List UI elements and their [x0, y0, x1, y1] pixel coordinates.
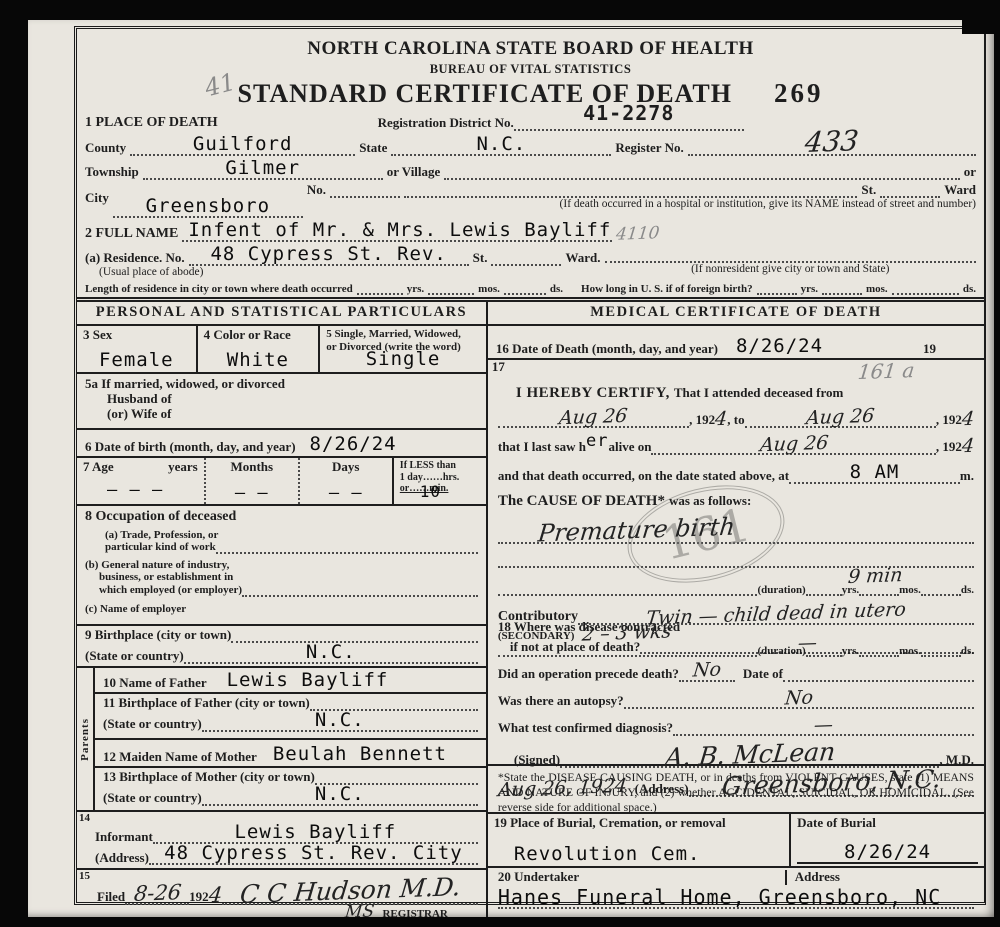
state-value: N.C.	[476, 135, 526, 154]
dotted-rule: No	[624, 690, 974, 709]
township-value: Gilmer	[225, 159, 300, 178]
year-hand-a: 4	[714, 410, 728, 428]
attended-to-value: Aug 26	[805, 407, 875, 427]
duration1-ds: ds.	[961, 584, 974, 597]
dotted-rule: Guilford	[130, 135, 355, 156]
dotted-rule: Aug 26	[651, 436, 935, 455]
operation-value: No	[692, 662, 722, 680]
dob-label: 6 Date of birth (month, day, and year)	[85, 440, 296, 455]
undertaker-label: 20 Undertaker	[498, 870, 785, 885]
date-of-birth-row: 6 Date of birth (month, day, and year) 8…	[77, 430, 486, 458]
mother-name-row: 12 Maiden Name of Mother Beulah Bennett	[95, 740, 486, 768]
abode-note: (Usual place of abode)	[85, 266, 601, 280]
length-label: Length of residence in city or town wher…	[85, 283, 353, 296]
personal-column: PERSONAL AND STATISTICAL PARTICULARS 3 S…	[77, 302, 488, 917]
st-label: St.	[861, 183, 876, 198]
sex-cell: 3 Sex Female	[77, 326, 196, 372]
certificate-columns: PERSONAL AND STATISTICAL PARTICULARS 3 S…	[77, 297, 984, 917]
occ-b-line1: (b) General nature of industry,	[85, 559, 478, 572]
nonresident-note: (If nonresident give city or town and St…	[605, 263, 976, 277]
sex-label: 3 Sex	[83, 328, 190, 343]
ds-label: ds.	[550, 283, 563, 296]
wife-of-label: (or) Wife of	[85, 407, 478, 422]
sex-value: Female	[83, 351, 190, 370]
year-hand-c: 4	[961, 438, 975, 456]
burial-row: 19 Place of Burial, Cremation, or remova…	[488, 814, 984, 868]
dotted-rule: 8-26	[125, 884, 189, 905]
birthplace-cell: 9 Birthplace (city or town) (State or co…	[77, 626, 486, 668]
lastsaw-post: alive on	[608, 440, 651, 455]
informant-value: Lewis Bayliff	[234, 823, 396, 842]
occupation-label: 8 Occupation of deceased	[85, 509, 478, 525]
township-row: Township Gilmer or Village or	[77, 158, 984, 182]
filed-year-hand: 4	[208, 886, 223, 905]
dotted-rule: N.C.	[202, 785, 478, 806]
dotted-rule	[859, 653, 899, 657]
residence-label: (a) Residence. No.	[85, 251, 185, 266]
dotted-rule	[757, 291, 797, 295]
age-row: 7 Age years Months – – Days – – If LESS …	[77, 458, 486, 506]
burial-date-cell: Date of Burial 8/26/24	[789, 814, 984, 866]
dotted-rule: 8 AM	[789, 463, 960, 484]
parents-vertical-label: Parents	[77, 668, 95, 810]
dotted-rule: 48 Cypress St. Rev.	[189, 245, 469, 266]
dotted-rule	[216, 550, 478, 554]
dotted-rule: Infent of Mr. & Mrs. Lewis Bayliff	[182, 221, 612, 242]
occ-b-line2: business, or establishment in	[85, 571, 478, 584]
burial-date-label: Date of Burial	[797, 816, 978, 831]
pencil-161a: 161 a	[857, 361, 915, 381]
registrar-initials: MS	[345, 904, 376, 917]
race-label: 4 Color or Race	[204, 328, 313, 343]
filed-number: 15	[79, 870, 90, 883]
dotted-rule: 433	[688, 129, 976, 156]
printed-192-c: , 192	[936, 440, 962, 455]
parents-block: Parents 10 Name of Father Lewis Bayliff …	[77, 668, 486, 812]
dotted-rule	[498, 592, 758, 596]
length-of-residence-row: Length of residence in city or town wher…	[77, 282, 984, 298]
medical-column: MEDICAL CERTIFICATE OF DEATH 16 Date of …	[488, 302, 984, 917]
dotted-rule	[892, 291, 959, 295]
register-no-label: Register No.	[615, 141, 683, 156]
scan-black-corner	[962, 0, 1000, 34]
county-value: Guilford	[193, 135, 293, 154]
city-value: Greensboro	[146, 197, 270, 216]
residence-ward-label: Ward.	[565, 251, 600, 266]
married-widowed-cell: 5a If married, widowed, or divorced Husb…	[77, 374, 486, 430]
pencil-number: 41	[203, 72, 238, 100]
printed-192-b: , 192	[936, 413, 962, 428]
race-value: White	[204, 351, 313, 370]
county-row: County Guilford State N.C. Register No. …	[77, 131, 984, 158]
to-label: , to	[727, 413, 744, 428]
yrs-label-2: yrs.	[801, 283, 818, 296]
duration2-yrs: yrs.	[842, 645, 859, 658]
dotted-rule	[859, 592, 899, 596]
or-village-label: or Village	[387, 165, 441, 180]
age-months-value: – –	[212, 485, 292, 502]
father-name-row: 10 Name of Father Lewis Bayliff	[95, 668, 486, 694]
birthplace-state-label: (State or country)	[85, 649, 184, 664]
hospital-note: (If death occurred in a hospital or inst…	[307, 198, 976, 212]
mother-birthplace-label: 13 Birthplace of Mother (city or town)	[103, 770, 315, 785]
date-of-death-value: 8/26/24	[736, 337, 823, 356]
dotted-rule: N.C.	[202, 711, 478, 732]
test-value: —	[813, 716, 834, 734]
father-birthplace-value: N.C.	[315, 711, 365, 730]
age-months-label: Months	[212, 460, 292, 475]
township-label: Township	[85, 165, 139, 180]
mother-birthplace-cell: 13 Birthplace of Mother (city or town) (…	[95, 768, 486, 810]
register-no-value: 433	[804, 128, 860, 155]
age-years-value: – – –	[107, 482, 163, 499]
cause-value: Premature birth	[537, 517, 736, 546]
certification-block: 17 161 a 161 I HEREBY CERTIFY, That I at…	[488, 360, 984, 618]
burial-date-value: 8/26/24	[797, 843, 978, 864]
form-border: 41 NORTH CAROLINA STATE BOARD OF HEALTH …	[74, 26, 986, 905]
age-label: 7 Age	[83, 460, 114, 475]
date-of-death-row: 16 Date of Death (month, day, and year) …	[488, 326, 984, 360]
full-name-row: 2 FULL NAME Infent of Mr. & Mrs. Lewis B…	[77, 220, 984, 244]
informant-number: 14	[79, 812, 90, 825]
age-years-label: years	[168, 460, 198, 475]
certify-rest: That I attended deceased from	[674, 385, 843, 400]
dotted-rule: Greensboro	[113, 197, 303, 218]
dotted-rule: N.C.	[184, 643, 478, 664]
dotted-rule: Gilmer	[143, 159, 383, 180]
certify-bold: I HEREBY CERTIFY,	[516, 385, 670, 401]
personal-header: PERSONAL AND STATISTICAL PARTICULARS	[77, 302, 486, 326]
dotted-rule: Lewis Bayliff	[153, 823, 478, 844]
mother-birthplace-value: N.C.	[315, 785, 365, 804]
contributory-value: Twin — child dead in utero	[645, 602, 906, 628]
burial-place-value: Revolution Cem.	[494, 845, 783, 864]
autopsy-value: No	[784, 689, 814, 707]
dotted-rule: —	[673, 717, 974, 736]
sign-date-value: Aug 26, 1924	[497, 777, 628, 799]
undertaker-address-label: Address	[785, 870, 974, 885]
registration-district-value: 41-2278	[583, 101, 674, 125]
registrar-label: REGISTRAR	[382, 908, 447, 917]
father-name-label: 10 Name of Father	[103, 676, 207, 691]
date-of-label: Date of	[743, 667, 783, 682]
m-label: m.	[960, 469, 974, 484]
burial-place-cell: 19 Place of Burial, Cremation, or remova…	[488, 814, 789, 866]
item-17-number: 17	[492, 360, 505, 375]
marital-cell: 5 Single, Married, Widowed, or Divorced …	[318, 326, 486, 372]
dotted-rule: No	[679, 662, 735, 681]
occ-a-line2: particular kind of work	[105, 541, 216, 554]
address-value: Greensboro, N.C.	[721, 768, 942, 798]
less-line-1: If LESS than	[400, 460, 480, 472]
dotted-rule	[428, 291, 474, 295]
dotted-rule: Hanes Funeral Home, Greensboro, NC	[498, 887, 974, 909]
place-of-death-section-label: 1 PLACE OF DEATH	[85, 115, 218, 131]
dotted-rule	[504, 291, 546, 295]
undertaker-row: 20 Undertaker Address Hanes Funeral Home…	[488, 868, 984, 917]
less-than-one-day-cell: If LESS than 1 day……hrs. or……min. 10	[392, 458, 486, 504]
informant-address-label: (Address)	[95, 851, 149, 866]
test-label: What test confirmed diagnosis?	[498, 721, 673, 736]
duration1-value: 9 min	[847, 567, 903, 586]
mos-label-2: mos.	[866, 283, 888, 296]
ward-label: Ward	[944, 183, 976, 198]
year-hand-b: 4	[961, 410, 975, 428]
pencil-annotation: 4110	[616, 226, 661, 243]
race-cell: 4 Color or Race White	[196, 326, 319, 372]
occ-b-line3: which employed (or employer)	[99, 584, 242, 597]
yrs-label: yrs.	[407, 283, 424, 296]
filed-label: Filed	[97, 890, 125, 905]
city-label: City	[85, 191, 109, 206]
age-days-cell: Days – –	[298, 458, 392, 504]
printed-192-a: , 192	[689, 413, 715, 428]
sex-race-marital-row: 3 Sex Female 4 Color or Race White 5 Sin…	[77, 326, 486, 374]
undertaker-value: Hanes Funeral Home, Greensboro, NC	[498, 887, 941, 907]
residence-value: 48 Cypress St. Rev.	[210, 245, 446, 264]
lastsaw-er-typed: er	[586, 433, 608, 450]
filed-year-printed: 192	[189, 890, 209, 905]
occupation-cell: 8 Occupation of deceased (a) Trade, Prof…	[77, 506, 486, 626]
mother-name-label: 12 Maiden Name of Mother	[103, 750, 257, 765]
informant-label: Informant	[95, 830, 153, 845]
dotted-rule: 41-2278	[514, 105, 744, 131]
contributory-value-2: 2 – 3 wks	[582, 624, 673, 644]
dotted-rule	[921, 592, 961, 596]
dotted-rule: 48 Cypress St. Rev. City	[149, 844, 478, 865]
medical-header: MEDICAL CERTIFICATE OF DEATH	[488, 302, 984, 326]
5a-label: 5a If married, widowed, or divorced	[85, 377, 478, 392]
marital-label-1: 5 Single, Married, Widowed,	[326, 328, 480, 341]
dotted-rule	[357, 291, 403, 295]
contributory-label: Contributory	[498, 609, 578, 625]
less-value: 10	[420, 484, 441, 500]
autopsy-label: Was there an autopsy?	[498, 694, 624, 709]
certificate-paper: 41 NORTH CAROLINA STATE BOARD OF HEALTH …	[28, 20, 994, 917]
burial-place-label: 19 Place of Burial, Cremation, or remova…	[494, 816, 783, 831]
duration-label-1: (duration)	[757, 584, 805, 597]
mother-birthplace-state-label: (State or country)	[103, 791, 202, 806]
attended-from-value: Aug 26	[558, 407, 628, 427]
mother-name-value: Beulah Bennett	[273, 745, 447, 764]
residence-row: (a) Residence. No. 48 Cypress St. Rev. S…	[77, 244, 984, 282]
dotted-rule: Aug 26	[745, 409, 936, 428]
full-name-value: Infent of Mr. & Mrs. Lewis Bayliff	[188, 221, 611, 240]
dotted-rule: Aug 26	[498, 409, 689, 428]
date-of-death-label: 16 Date of Death (month, day, and year)	[496, 342, 718, 357]
birthplace-label: 9 Birthplace (city or town)	[85, 628, 231, 643]
physician-signature: A. B. McLean	[663, 741, 835, 770]
dotted-rule	[806, 592, 842, 596]
occurred-label: and that death occurred, on the date sta…	[498, 469, 789, 484]
us-residence-label: How long in U. S. if of foreign birth?	[581, 283, 753, 296]
age-days-label: Days	[306, 460, 386, 475]
cause-of-death-bold: The CAUSE OF DEATH*	[498, 493, 665, 509]
state-label: State	[359, 141, 387, 156]
father-birthplace-label: 11 Birthplace of Father (city or town)	[103, 696, 310, 711]
operation-label: Did an operation precede death?	[498, 667, 679, 682]
full-name-label: 2 FULL NAME	[85, 226, 178, 242]
certificate-header: 41 NORTH CAROLINA STATE BOARD OF HEALTH …	[77, 29, 984, 107]
serial-number: 269	[774, 78, 824, 108]
occurred-value: 8 AM	[850, 463, 900, 482]
lastsaw-value: Aug 26	[759, 435, 829, 455]
filed-date-value: 8-26	[133, 883, 182, 904]
dotted-rule	[444, 176, 959, 180]
preprinted-19: 19	[923, 342, 936, 357]
father-birthplace-cell: 11 Birthplace of Father (city or town) (…	[95, 694, 486, 740]
lastsaw-pre: that I last saw h	[498, 440, 586, 455]
marital-value: Single	[326, 350, 480, 369]
age-months-cell: Months – –	[204, 458, 298, 504]
registration-district-label: Registration District No.	[378, 116, 514, 131]
q18-value: —	[797, 635, 818, 653]
informant-address-value: 48 Cypress St. Rev. City	[164, 844, 463, 863]
occ-a-line1: (a) Trade, Profession, or	[85, 529, 478, 542]
dotted-rule: N.C.	[391, 135, 611, 156]
county-label: County	[85, 141, 126, 156]
birthplace-value: N.C.	[306, 643, 356, 662]
duration2-ds: ds.	[961, 645, 974, 658]
secondary-label: (SECONDARY)	[498, 630, 575, 643]
board-title: NORTH CAROLINA STATE BOARD OF HEALTH	[77, 38, 984, 60]
residence-st-label: St.	[473, 251, 488, 266]
father-birthplace-state-label: (State or country)	[103, 717, 202, 732]
dotted-rule	[783, 678, 974, 682]
father-name-value: Lewis Bayliff	[227, 671, 389, 690]
dotted-rule	[242, 593, 478, 597]
street-no-label: No.	[307, 183, 326, 198]
dotted-rule	[921, 653, 961, 657]
or-label: or	[964, 165, 976, 180]
husband-of-label: Husband of	[85, 392, 478, 407]
duration1-mos: mos.	[899, 584, 921, 597]
dotted-rule	[498, 653, 758, 657]
city-row: City Greensboro No. St. Ward (If death o…	[77, 182, 984, 220]
dotted-rule	[822, 291, 862, 295]
dotted-rule: A. B. McLean	[560, 744, 939, 769]
occ-c-label: (c) Name of employer	[85, 603, 478, 616]
dotted-rule: C C Hudson M.D.	[222, 880, 478, 905]
filed-cell: 15 Filed 8-26 192 4 C C Hudson M.D. MS R…	[77, 870, 486, 917]
age-days-value: – –	[306, 485, 386, 502]
mos-label: mos.	[478, 283, 500, 296]
duration2-mos: mos.	[899, 645, 921, 658]
informant-cell: 14 Informant Lewis Bayliff (Address) 48 …	[77, 812, 486, 870]
ds-label-2: ds.	[963, 283, 976, 296]
dob-value: 8/26/24	[310, 435, 397, 454]
dotted-rule: Greensboro, N.C.	[689, 772, 974, 797]
